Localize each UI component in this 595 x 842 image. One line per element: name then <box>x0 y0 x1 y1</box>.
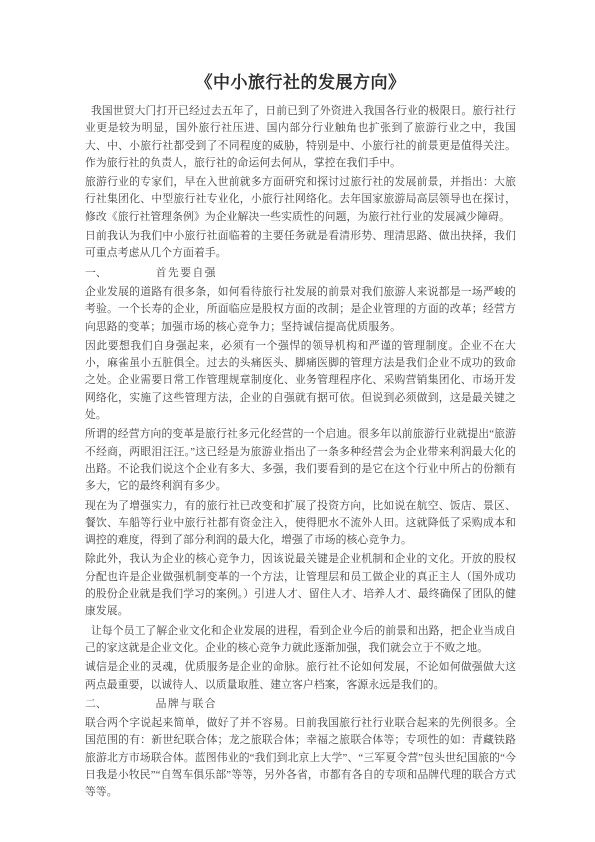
paragraph: 我国世贸大门打开已经过去五年了，日前已到了外资进入我国各行业的极限日。旅行社行业… <box>85 103 516 172</box>
paragraph: 日前我认为我们中小旅行社面临着的主要任务就是看清形势、理清思路、做出抉择，我们可… <box>85 228 516 263</box>
section-title: 品牌与联合 <box>156 698 217 710</box>
section-number: 二、 <box>85 698 107 710</box>
paragraph: 诚信是企业的灵魂，优质服务是企业的命脉。旅行社不论如何发展，不论如何做强做大这两… <box>85 659 516 694</box>
paragraph: 除此外，我认为企业的核心竞争力，因该说最关键是企业机制和企业的文化。开放的股权分… <box>85 551 516 620</box>
document-title: 《中小旅行社的发展方向》 <box>85 72 516 94</box>
paragraph: 企业发展的道路有很多条，如何看待旅行社发展的前景对我们旅游人来说都是一场严峻的考… <box>85 284 516 336</box>
paragraph: 旅游行业的专家们，早在入世前就多方面研究和探讨过旅行社的发展前景，并指出：大旅行… <box>85 174 516 226</box>
section-heading-2: 二、 品牌与联合 <box>85 696 516 713</box>
paragraph: 让每个员工了解企业文化和企业发展的进程，看到企业今后的前景和出路，把企业当成自己… <box>85 623 516 658</box>
section-number: 一、 <box>85 267 107 279</box>
section-heading-1: 一、 首先要自强 <box>85 265 516 282</box>
document-page: 《中小旅行社的发展方向》 我国世贸大门打开已经过去五年了，日前已到了外资进入我国… <box>0 0 595 842</box>
paragraph: 联合两个字说起来简单，做好了并不容易。日前我国旅行社行业联合起来的先例很多。全国… <box>85 715 516 801</box>
section-title: 首先要自强 <box>156 267 217 279</box>
paragraph: 因此要想我们自身强起来，必须有一个强悍的领导机构和严谨的管理制度。企业不在大小，… <box>85 338 516 424</box>
paragraph: 所谓的经营方向的变革是旅行社多元化经营的一个启迪。很多年以前旅游行业就提出“旅游… <box>85 426 516 495</box>
paragraph: 现在为了增强实力，有的旅行社已改变和扩展了投资方向，比如说在航空、饭店、景区、餐… <box>85 498 516 550</box>
